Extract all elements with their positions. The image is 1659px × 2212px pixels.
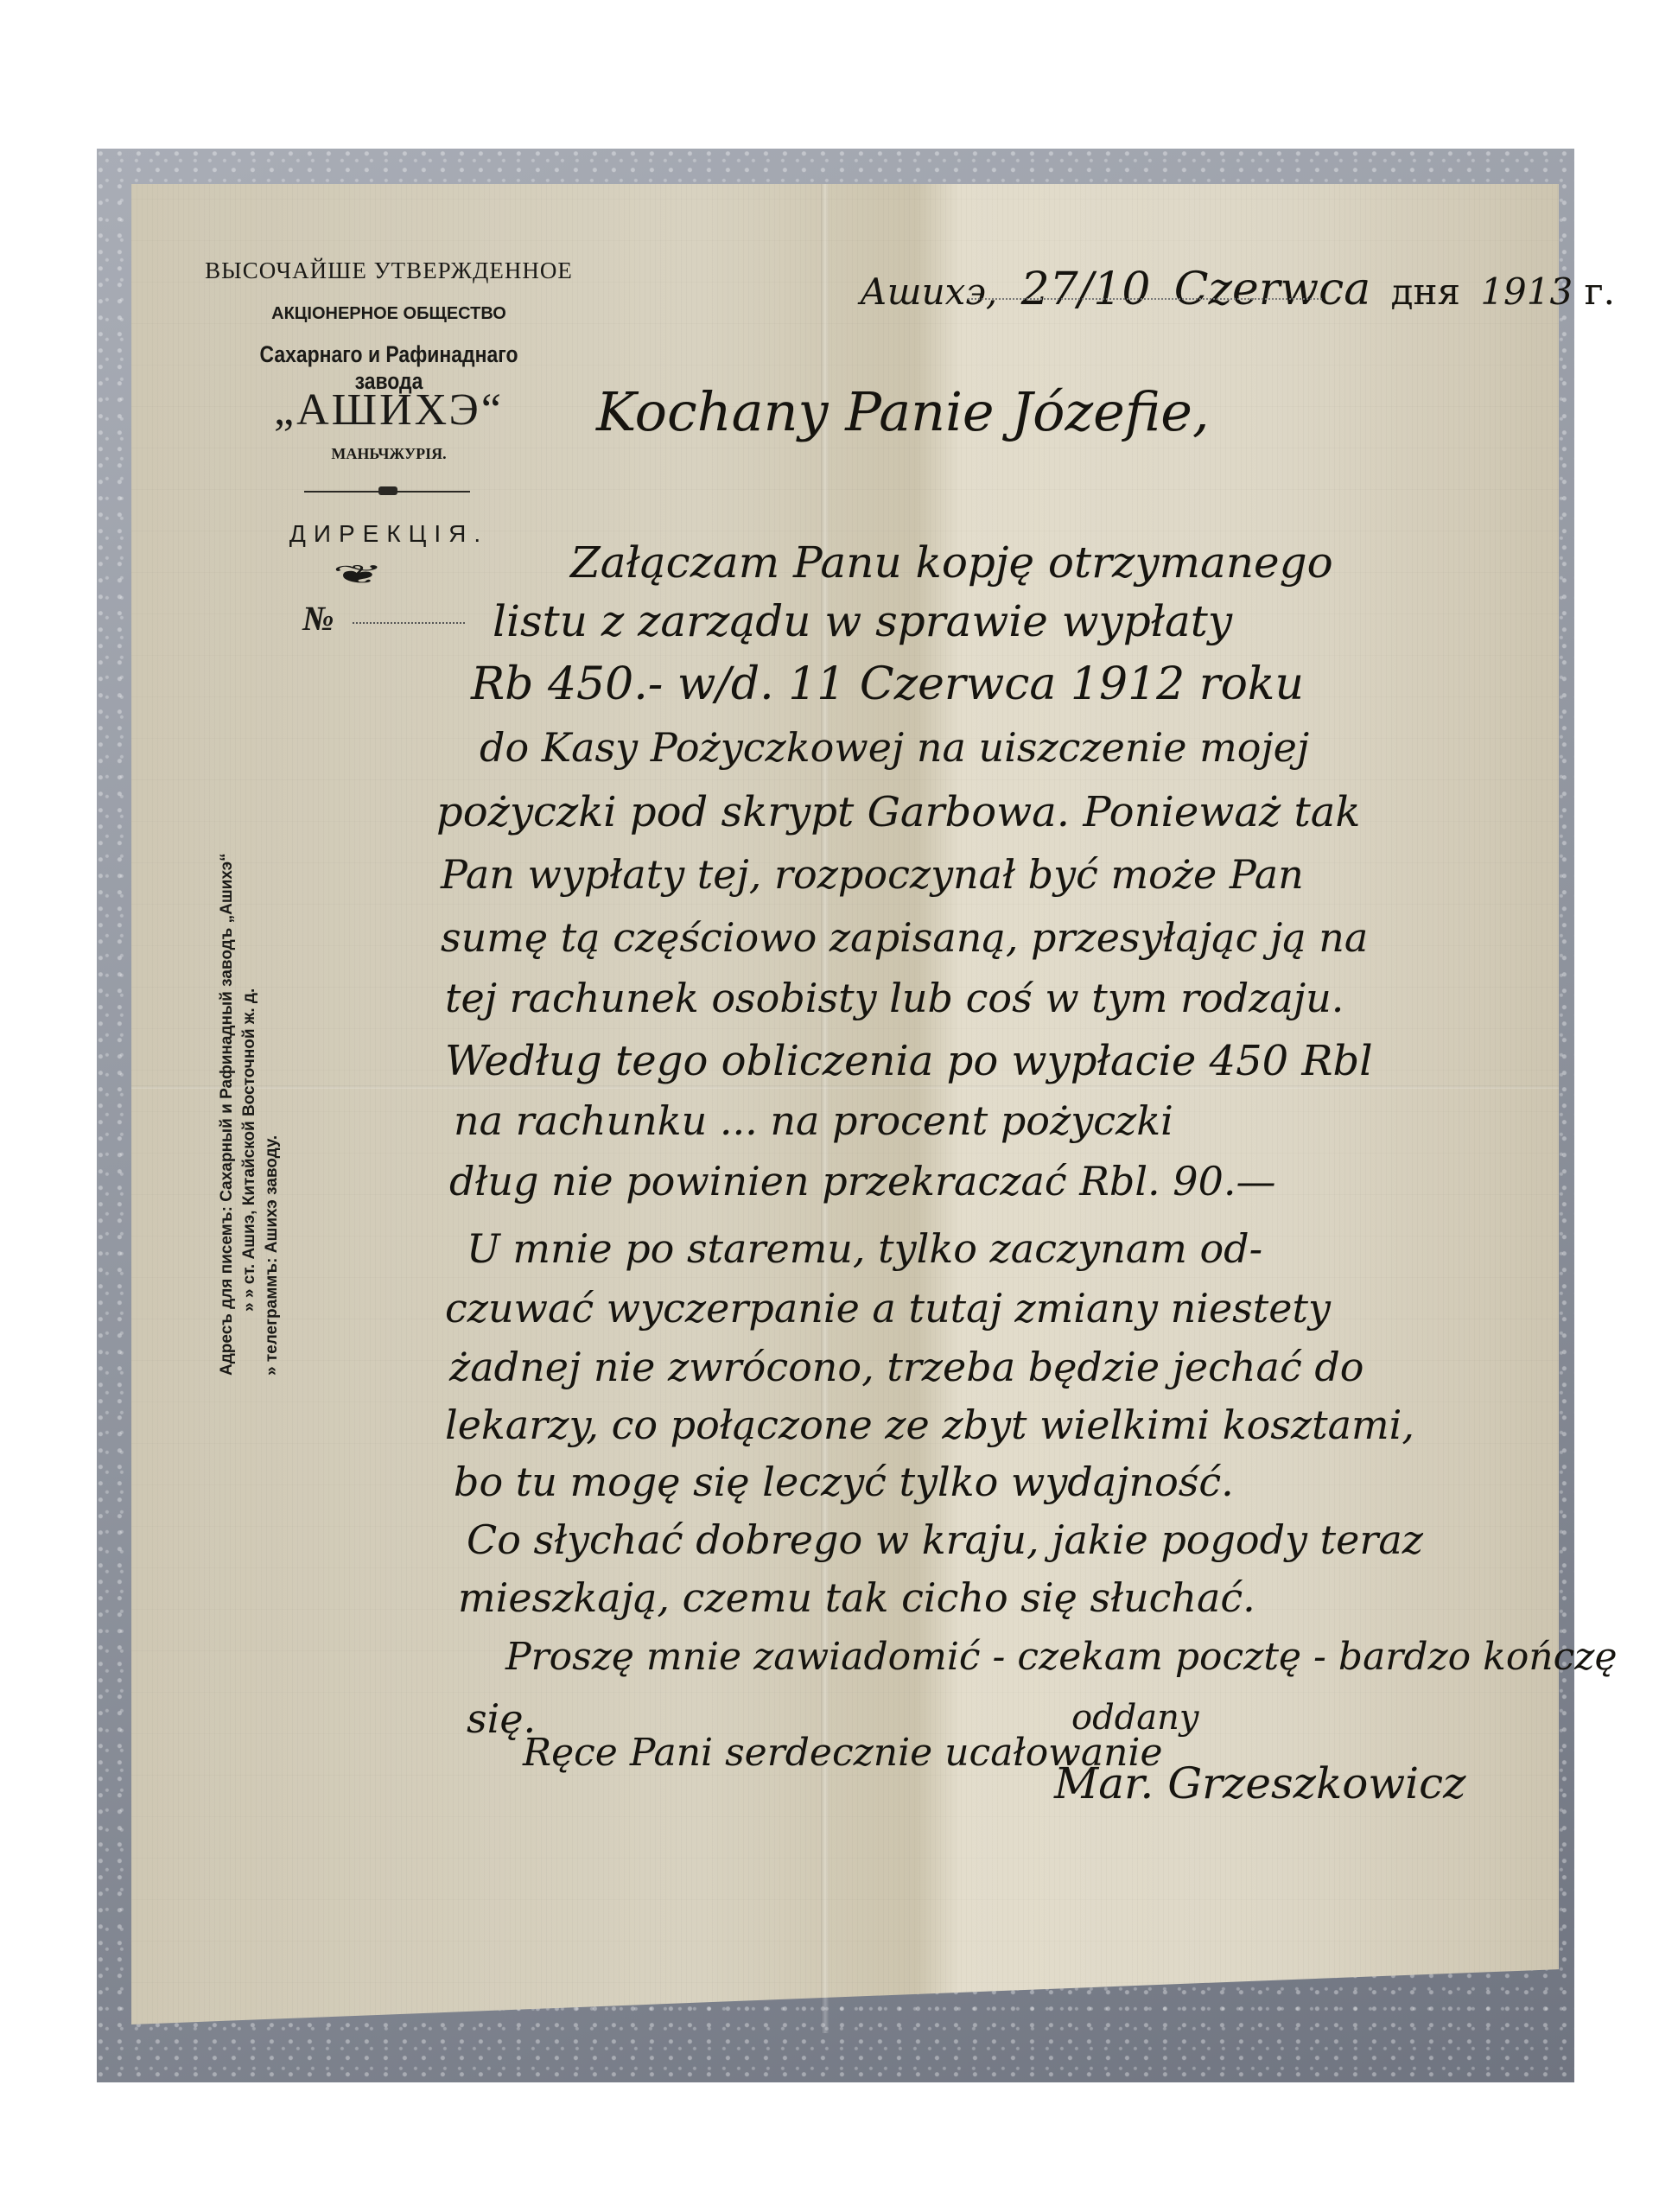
date-place: Ашихэ, — [860, 270, 997, 313]
letter-line: do Kasy Pożyczkowej na uiszczenie mojej — [480, 724, 1309, 771]
letter-line: żadnej nie zwrócono, trzeba będzie jecha… — [449, 1344, 1364, 1390]
letter-line: U mnie po staremu, tylko zaczynam od- — [467, 1225, 1262, 1272]
department: ДИРЕКЦІЯ. — [199, 520, 579, 548]
letterhead-line2: АКЦІОНЕРНОЕ ОБЩЕСТВО — [199, 304, 579, 324]
number-label: № — [302, 598, 334, 639]
letter-line: Rb 450.- w/d. 11 Czerwca 1912 roku — [471, 658, 1304, 710]
letter-line: Proszę mnie zawiadomić - czekam pocztę -… — [505, 1635, 1618, 1679]
signature: Mar. Grzeszkowicz — [1054, 1758, 1466, 1808]
region: МАНЬЧЖУРІЯ. — [199, 445, 579, 463]
date-month: Czerwca — [1174, 264, 1370, 315]
company-name: „АШИХЭ“ — [199, 385, 579, 435]
letter-line: lekarzy, co połączone ze zbyt wielkimi k… — [445, 1402, 1414, 1448]
letter-line: mieszkają, czemu tak cicho się słuchać. — [458, 1574, 1255, 1621]
letter-line: na rachunku ... na procent pożyczki — [454, 1097, 1173, 1144]
letter-line: listu z zarządu w sprawie wypłaty — [493, 596, 1232, 646]
salutation: Kochany Panie Józefie, — [596, 380, 1210, 443]
date-printed-label: дня — [1391, 270, 1460, 313]
letter-line: dług nie powinien przekraczać Rbl. 90.— — [449, 1158, 1275, 1205]
letter-line: Według tego obliczenia po wypłacie 450 R… — [445, 1037, 1373, 1085]
letter-line: pożyczki pod skrypt Garbowa. Ponieważ ta… — [436, 788, 1360, 836]
letter-line: Pan wypłaty tej, rozpoczynał być może Pa… — [441, 851, 1304, 898]
address-line1: Адресъ для писемъ: Сахарный и Рафинадный… — [218, 853, 237, 1376]
letter-line: tej rachunek osobisty lub coś w tym rodz… — [445, 975, 1344, 1021]
date-day: 27/10 — [1021, 264, 1151, 315]
date-dotted-line — [968, 298, 1322, 300]
horizontal-fold — [131, 1085, 1559, 1089]
letter-line: bo tu mogę się leczyć tylko wydajność. — [454, 1459, 1234, 1505]
date-year: 1913 — [1480, 270, 1573, 313]
date-line: Ашихэ, 27/10 Czerwca дня 1913 г. — [860, 264, 1615, 315]
letter-line: czuwać wyczerpanie a tutaj zmiany nieste… — [445, 1285, 1331, 1332]
address-line2: » » ст. Ашиэ, Китайской Восточной ж. д. — [240, 988, 259, 1312]
date-year-suffix: г. — [1585, 270, 1615, 313]
leaf-ornament-icon: ❦ — [332, 560, 384, 590]
closing: oddany — [1071, 1698, 1199, 1738]
address-line3: » телеграммъ: Ашихэ заводу. — [263, 1135, 282, 1376]
letter-line: Co słychać dobrego w kraju, jakie pogody… — [467, 1516, 1423, 1563]
letter-line: Załączam Panu kopję otrzymanego — [570, 537, 1333, 588]
letter-line: sumę tą częściowo zapisaną, przesyłając … — [441, 914, 1368, 961]
letterhead-line1: ВЫСОЧАЙШЕ УТВЕРЖДЕННОЕ — [199, 257, 579, 284]
divider-ornament-icon — [378, 486, 397, 495]
number-field — [353, 622, 465, 624]
